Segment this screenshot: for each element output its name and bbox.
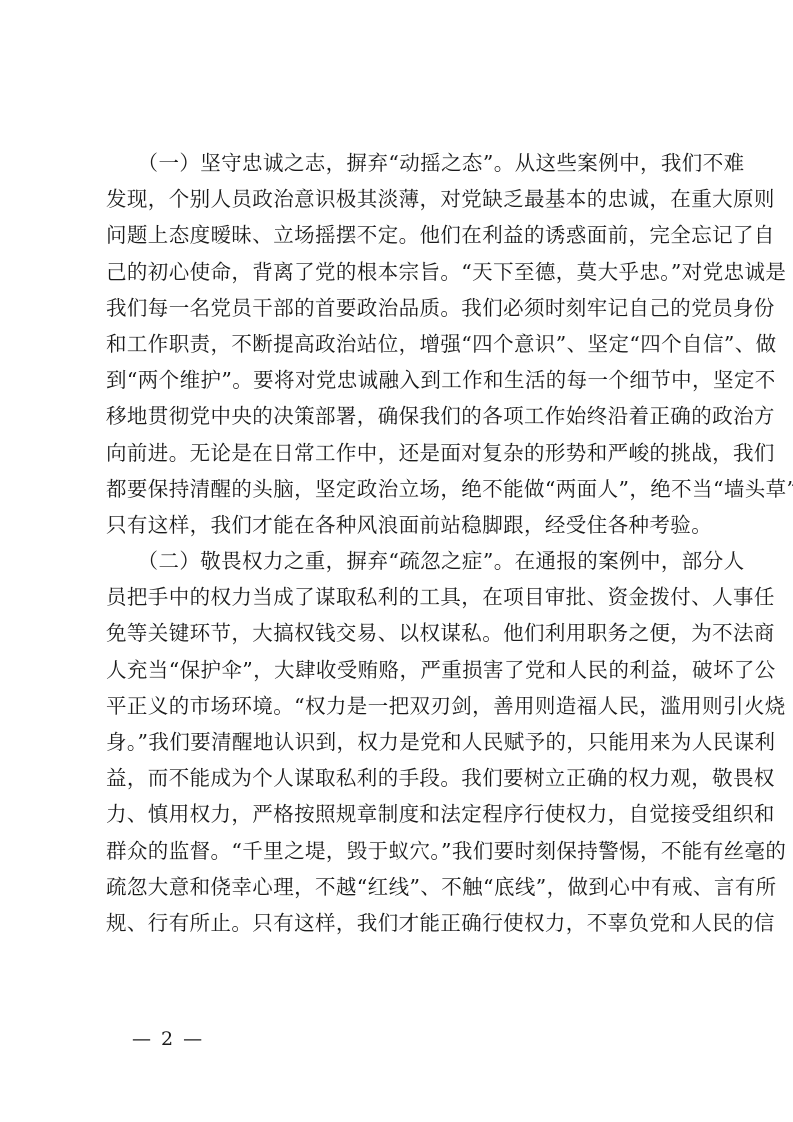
text-line: 只有这样，我们才能在各种风浪面前站稳脚跟，经受住各种考验。 bbox=[106, 507, 694, 543]
text-line: 己的初心使命，背离了党的根本宗旨。“天下至德，莫大乎忠。”对党忠诚是 bbox=[106, 254, 694, 290]
text-line: 移地贯彻党中央的决策部署，确保我们的各项工作始终沿着正确的政治方 bbox=[106, 398, 694, 434]
text-line: 疏忽大意和侥幸心理，不越“红线”、不触“底线”，做到心中有戒、言有所 bbox=[106, 869, 694, 905]
document-page: （一）坚守忠诚之志，摒弃“动摇之态”。从这些案例中，我们不难 发现，个别人员政治… bbox=[0, 0, 793, 1122]
text-line: 发现，个别人员政治意识极其淡薄，对党缺乏最基本的忠诚，在重大原则 bbox=[106, 181, 694, 217]
text-line: 规、行有所止。只有这样，我们才能正确行使权力，不辜负党和人民的信 bbox=[106, 905, 694, 941]
text-line: 员把手中的权力当成了谋取私利的工具，在项目审批、资金拨付、人事任 bbox=[106, 579, 694, 615]
text-line: 和工作职责，不断提高政治站位，增强“四个意识”、坚定“四个自信”、做 bbox=[106, 326, 694, 362]
text-line: （二）敬畏权力之重，摒弃“疏忽之症”。在通报的案例中，部分人 bbox=[106, 543, 694, 579]
page-number: — 2 — bbox=[132, 1028, 204, 1050]
body-text: （一）坚守忠诚之志，摒弃“动摇之态”。从这些案例中，我们不难 发现，个别人员政治… bbox=[106, 145, 694, 941]
paragraph-loyalty: （一）坚守忠诚之志，摒弃“动摇之态”。从这些案例中，我们不难 发现，个别人员政治… bbox=[106, 145, 694, 543]
text-line: 人充当“保护伞”，大肆收受贿赂，严重损害了党和人民的利益，破坏了公 bbox=[106, 652, 694, 688]
text-line: 益，而不能成为个人谋取私利的手段。我们要树立正确的权力观，敬畏权 bbox=[106, 760, 694, 796]
text-line: 平正义的市场环境。“权力是一把双刃剑，善用则造福人民，滥用则引火烧 bbox=[106, 688, 694, 724]
text-line: 力、慎用权力，严格按照规章制度和法定程序行使权力，自觉接受组织和 bbox=[106, 796, 694, 832]
text-line: 到“两个维护”。要将对党忠诚融入到工作和生活的每一个细节中，坚定不 bbox=[106, 362, 694, 398]
text-line: （一）坚守忠诚之志，摒弃“动摇之态”。从这些案例中，我们不难 bbox=[106, 145, 694, 181]
text-line: 问题上态度暧昧、立场摇摆不定。他们在利益的诱惑面前，完全忘记了自 bbox=[106, 217, 694, 253]
text-line: 群众的监督。“千里之堤，毁于蚁穴。”我们要时刻保持警惕，不能有丝毫的 bbox=[106, 833, 694, 869]
text-line: 都要保持清醒的头脑，坚定政治立场，绝不能做“两面人”，绝不当“墙头草”。 bbox=[106, 471, 694, 507]
text-line: 身。”我们要清醒地认识到，权力是党和人民赋予的，只能用来为人民谋利 bbox=[106, 724, 694, 760]
text-line: 我们每一名党员干部的首要政治品质。我们必须时刻牢记自己的党员身份 bbox=[106, 290, 694, 326]
paragraph-power: （二）敬畏权力之重，摒弃“疏忽之症”。在通报的案例中，部分人 员把手中的权力当成… bbox=[106, 543, 694, 941]
text-line: 向前进。无论是在日常工作中，还是面对复杂的形势和严峻的挑战，我们 bbox=[106, 435, 694, 471]
text-line: 免等关键环节，大搞权钱交易、以权谋私。他们利用职务之便，为不法商 bbox=[106, 615, 694, 651]
